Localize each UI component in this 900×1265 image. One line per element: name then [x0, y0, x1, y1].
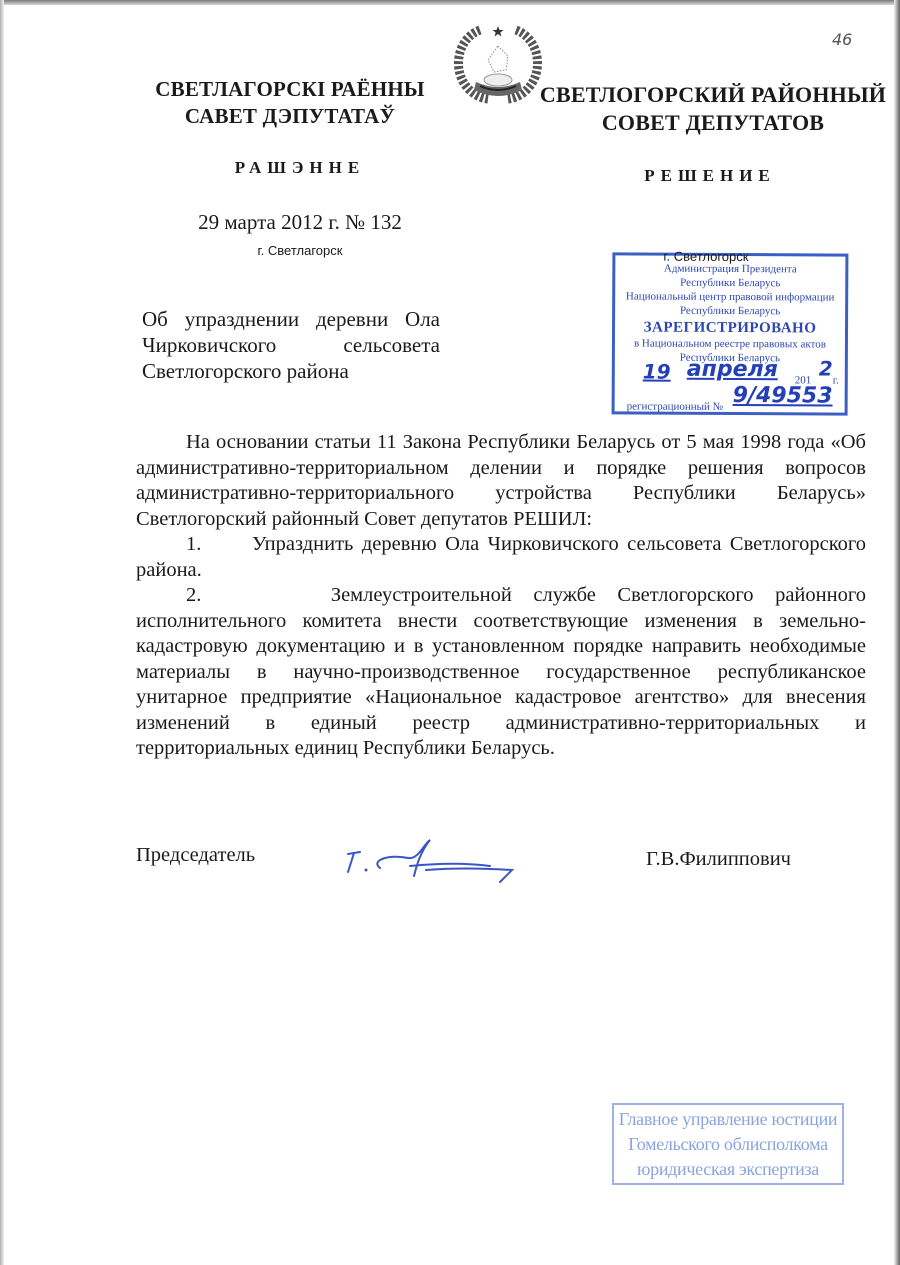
stamp-line: Гомельского облисполкома — [614, 1132, 842, 1157]
signer-title: Председатель — [136, 844, 255, 867]
item-text: Упразднить деревню Ола Чирковичского сел… — [136, 533, 866, 581]
subject-line: Светлогорского района — [142, 358, 440, 384]
stamp-line: юридическая экспертиза — [614, 1157, 842, 1182]
city-russian: г. Светлогорск — [663, 250, 748, 264]
item-number: 1. — [186, 533, 201, 555]
stamp-reg-label: регистрационный № — [627, 399, 724, 414]
item-2: 2. Землеустроительной службе Светлогорск… — [136, 583, 866, 762]
document-body: На основании статьи 11 Закона Республики… — [136, 430, 866, 762]
document-subject: Об упразднении деревни Ола Чирковичского… — [142, 306, 440, 384]
item-number: 2. — [186, 584, 201, 606]
preamble: На основании статьи 11 Закона Республики… — [136, 430, 866, 532]
signer-name: Г.В.Филиппович — [646, 848, 791, 871]
stamp-line: Главное управление юстиции — [614, 1107, 842, 1132]
stamp-line: Национальный центр правовой информации — [615, 289, 845, 304]
stamp-reg-number: 9/49553 — [733, 389, 833, 404]
handwritten-page-number: 46 — [832, 30, 852, 49]
stamp-month: апреля — [687, 363, 778, 377]
header-org-russian: СВЕТЛОГОРСКИЙ РАЙОННЫЙ СОВЕТ ДЕПУТАТОВ — [533, 81, 893, 137]
subject-line: Чирковичского сельсовета — [142, 332, 440, 358]
header-org-line: СВЕТЛАГОРСКІ РАЁННЫ — [140, 76, 440, 103]
stamp-line: Республики Беларусь — [615, 303, 845, 318]
scan-edge-left — [0, 0, 4, 1265]
header-org-line: СОВЕТ ДЕПУТАТОВ — [533, 109, 893, 137]
handwritten-signature-icon — [340, 832, 530, 884]
stamp-status: ЗАРЕГИСТРИРОВАНО — [615, 318, 845, 337]
scan-edge-top — [0, 0, 900, 5]
header-org-line: СВЕТЛОГОРСКИЙ РАЙОННЫЙ — [533, 81, 893, 109]
registration-stamp: г. Светлогорск Администрация Президента … — [612, 252, 849, 415]
stamp-line: Республики Беларусь — [615, 275, 845, 290]
header-org-belarusian: СВЕТЛАГОРСКІ РАЁННЫ САВЕТ ДЭПУТАТАЎ — [140, 76, 440, 130]
expertise-stamp: Главное управление юстиции Гомельского о… — [612, 1103, 844, 1185]
document-date-number: 29 марта 2012 г. № 132 — [150, 210, 450, 235]
doc-type-belarusian: РАШЭННЕ — [200, 158, 400, 178]
stamp-year-suffix: 2 — [819, 361, 833, 375]
item-text: Землеустроительной службе Светлогорского… — [136, 584, 866, 759]
doc-type-russian: РЕШЕНИЕ — [620, 166, 800, 186]
stamp-reg-row: регистрационный № 9/49553 — [615, 390, 845, 415]
subject-line: Об упразднении деревни Ола — [142, 306, 440, 332]
header-org-line: САВЕТ ДЭПУТАТАЎ — [140, 103, 440, 130]
city-belarusian: г. Светлагорск — [150, 243, 450, 258]
item-1: 1. Упразднить деревню Ола Чирковичского … — [136, 532, 866, 583]
belarus-coat-of-arms-icon — [450, 22, 546, 104]
stamp-year-abbr: г. — [833, 374, 839, 388]
scan-edge-right — [894, 0, 900, 1265]
stamp-line: в Национальном реестре правовых актов — [615, 336, 845, 351]
stamp-day: 19 — [643, 365, 671, 379]
